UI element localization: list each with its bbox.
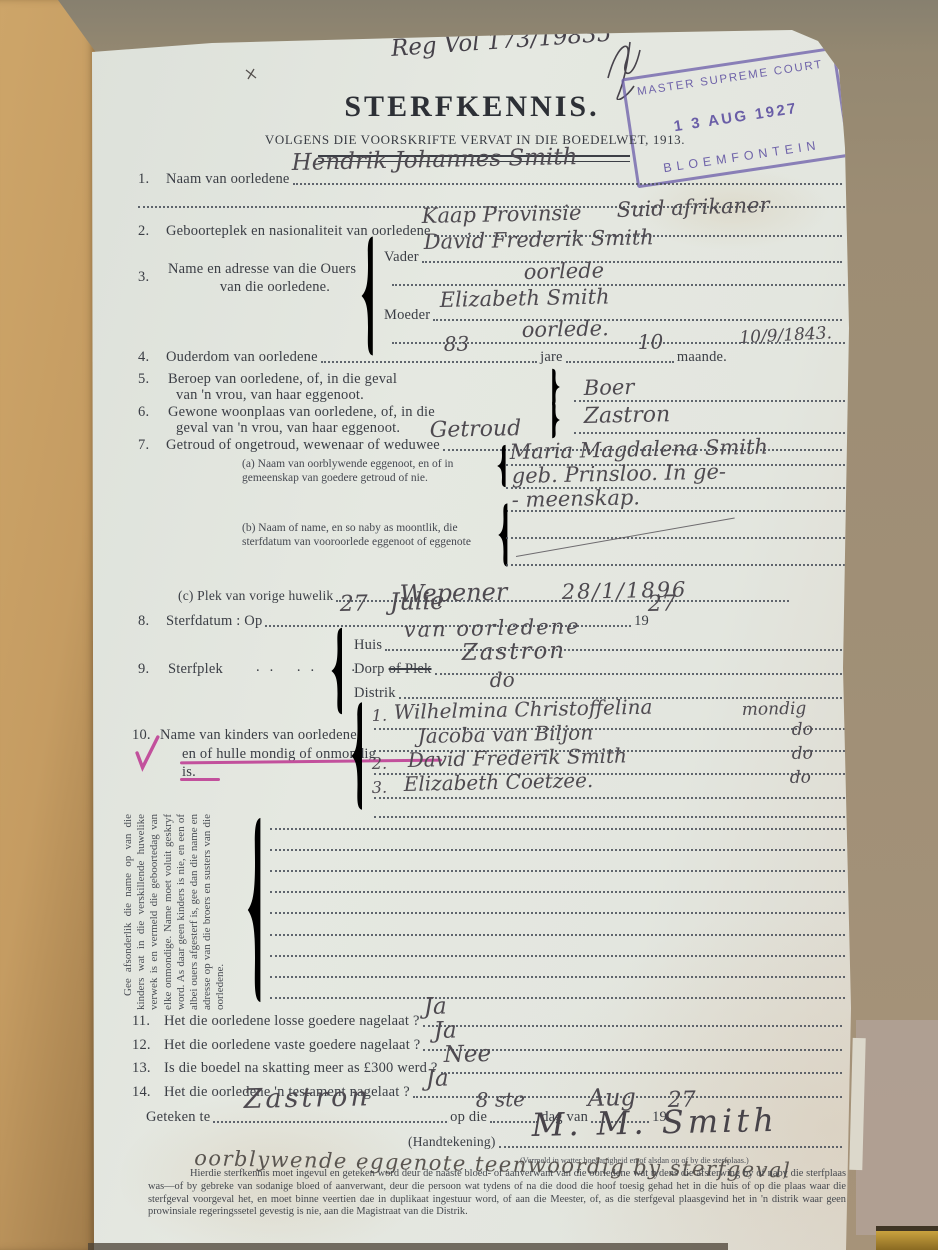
item3-vader-line [422,261,842,263]
item3-moeder-note: oorlede. [521,316,608,342]
item7b-line1 [506,537,845,539]
item11-number: 11. [132,1012,164,1030]
item7a-brace [496,444,508,488]
item1-label: Naam van oorledene [166,170,290,188]
item9-distrik-value: do [489,667,514,692]
item4-line1 [321,361,537,363]
item5-label-line2: van 'n vrou, van haar eggenoot. [176,386,364,404]
item10-child4-note: do [790,768,812,788]
form-title: STERFKENNIS. [272,90,672,124]
item8-year-printed: 19 [634,612,649,630]
item6-number: 6. [138,403,149,421]
pencil-mark-icon [244,68,258,80]
item6-label-line2: geval van 'n vrou, van haar eggenoot. [176,419,400,437]
item1-number: 1. [138,170,166,188]
item7-label: Getroud of ongetroud, wewenaar of weduwe… [166,436,440,454]
item7a-label-line2: gemeenskap van goedere getroud of nie. [242,472,428,486]
pink-checkmark-icon [132,731,162,777]
item7a-value-line3: - meenskap. [511,485,640,512]
item4-birthdate-value: 10/9/1843. [739,323,832,348]
item12-label: Het die oorledene vaste goedere nagelaat… [164,1036,420,1054]
item3-vader-note: oorlede [523,258,604,284]
item10-line5 [374,816,845,818]
item12-number: 12. [132,1036,164,1054]
children-empty-line2 [270,849,845,851]
item3-moeder-value: Elizabeth Smith [439,284,609,312]
item4-row: 4. Ouderdom van oorledene jare maande. [138,348,845,366]
item4-months-value: 10 [637,329,663,354]
item6-value: Zastron [583,402,670,429]
item2-label: Geboorteplek en nasionaliteit van oorled… [166,222,431,240]
item3-moeder-line [433,319,842,321]
item7-number: 7. [138,436,166,454]
children-empty-line7 [270,955,845,957]
item3-line2 [392,284,845,286]
item3-moeder-label: Moeder [384,306,430,324]
item12-value: Ja [433,1018,456,1044]
backdrop-pink-panel [856,1020,938,1235]
item4-label: Ouderdom van oorledene [166,348,318,366]
item10-label-line1: Name van kinders van oorledene [160,726,357,744]
item10-child2-note: do [792,720,814,740]
children-empty-line5 [270,912,845,914]
item10-child1-note: mondig [742,699,807,720]
item9-number: 9. [138,660,149,678]
signing-place-line [213,1121,447,1123]
children-empty-line6 [270,934,845,936]
item9-dorp-struck-label: of Plek [389,660,432,678]
item2-number: 2. [138,222,166,240]
item11-value: Ja [423,994,446,1020]
item4-years-value: 83 [443,331,469,356]
item3-vader-value: David Frederik Smith [423,225,654,254]
children-empty-line8 [270,976,845,978]
signature-value: M. M. Smith [531,1101,778,1144]
item8-year-value: 27 [647,591,676,617]
item3-vader-label: Vader [384,248,419,266]
item10-child3-no: 2. [372,754,388,773]
children-empty-line4 [270,891,845,893]
item5-line [574,400,845,402]
item4-maande-label: maande. [677,348,727,366]
item4-line2 [566,361,674,363]
item3-label-line2: van die oorledene. [168,278,382,296]
item4-jare-label: jare [540,348,563,366]
item7a-label-line1: (a) Naam van oorblywende eggenoot, en of… [242,458,453,472]
item2-value-nationality: Suid afrikaner [616,193,770,222]
item3-label-line1: Name en adresse van die Ouers [168,260,356,278]
item13-value: Nee [443,1041,491,1068]
item6-brace [550,401,561,439]
item10-child3-name: David Frederik Smith [407,743,627,772]
item7b-label-line2: sterfdatum van vooroorlede eggenoot of e… [242,536,471,550]
item3-brace [360,234,376,358]
item7b-label-line1: (b) Naam of name, en so naby as moontlik… [242,522,458,536]
item1-row: 1. Naam van oorledene [138,170,845,188]
children-empty-line1 [270,828,845,830]
children-lines-brace [246,814,264,1006]
geteken-te-label: Geteken te [146,1108,210,1126]
item7-value: Getroud [429,416,521,443]
item9-dorp-row: Dorp of Plek [354,660,845,678]
item9-dorp-value: Zastron [461,638,566,666]
item3-number: 3. [138,268,149,286]
item10-brace [350,700,365,812]
item10-child1-name: Wilhelmina Christoffelina [393,695,652,724]
item10-child3-note: do [792,744,814,764]
item7a-value-line2: geb. Prinsloo. In ge- [511,460,726,488]
item7b-brace [497,502,510,568]
item7a-value-line1: Maria Magdalena Smith [509,435,768,464]
footer-instructions: Hierdie sterfkennis moet ingevul en gete… [148,1168,846,1219]
item9-dots: .. .. .. [256,658,365,676]
item6-line [574,432,845,434]
item14-number: 14. [132,1083,164,1101]
handtekening-label: (Handtekening) [408,1134,496,1151]
children-empty-line9 [270,997,845,999]
item10-child1-no: 1. [372,706,388,725]
item13-dotted-line [441,1072,842,1074]
item14-value: Ja [425,1066,448,1092]
gold-table-strip [876,1226,938,1250]
item11-row: 11. Het die oorledene losse goedere nage… [132,1012,845,1030]
item13-number: 13. [132,1059,164,1077]
item10-child4-no: 3. [372,778,388,797]
item1-dotted-line [293,183,842,185]
item7a-line3 [506,510,845,512]
item10-line4 [374,797,845,799]
item4-number: 4. [138,348,166,366]
item9-label: Sterfplek [168,660,223,678]
item5-value: Boer [583,375,634,400]
item10-child4-name: Elizabeth Coetzee. [403,768,593,796]
children-instructions-note: Gee afsonderlik die name op van die kind… [122,814,234,1010]
signing-place-value: Zastron [243,1081,371,1115]
signature-line [499,1146,842,1148]
item7b-line2 [506,564,845,566]
signing-day-value: 8 ste [475,1087,525,1112]
item11-dotted-line [423,1025,842,1027]
registry-note: Reg Vol 173/19835 [390,21,612,62]
item5-number: 5. [138,370,149,388]
item8-label: Sterfdatum : Op [166,612,262,630]
item8-number: 8. [138,612,166,630]
table-shadow-strip [88,1243,728,1250]
item10-pink-underline2 [180,778,220,781]
item9-huis-line [385,649,842,651]
children-empty-line3 [270,870,845,872]
item8-day-value: 27 [339,591,368,617]
photo-scene: Reg Vol 173/19835 MASTER SUPREME COURT 1… [0,0,938,1250]
item2-value-province: Kaap Provinsie [421,201,581,228]
item13-label: Is die boedel na skatting meer as £300 w… [164,1059,438,1077]
death-notice-form: Reg Vol 173/19835 MASTER SUPREME COURT 1… [92,28,858,1250]
item11-label: Het die oorledene losse goedere nagelaat… [164,1012,420,1030]
folder-edge [0,0,97,1250]
item9-huis-label: Huis [354,636,382,654]
item9-brace [330,626,345,716]
item7c-label: (c) Plek van vorige huwelik [178,588,333,605]
item9-dorp-label: Dorp [354,660,385,678]
item8-month-value: Julie [389,587,444,616]
